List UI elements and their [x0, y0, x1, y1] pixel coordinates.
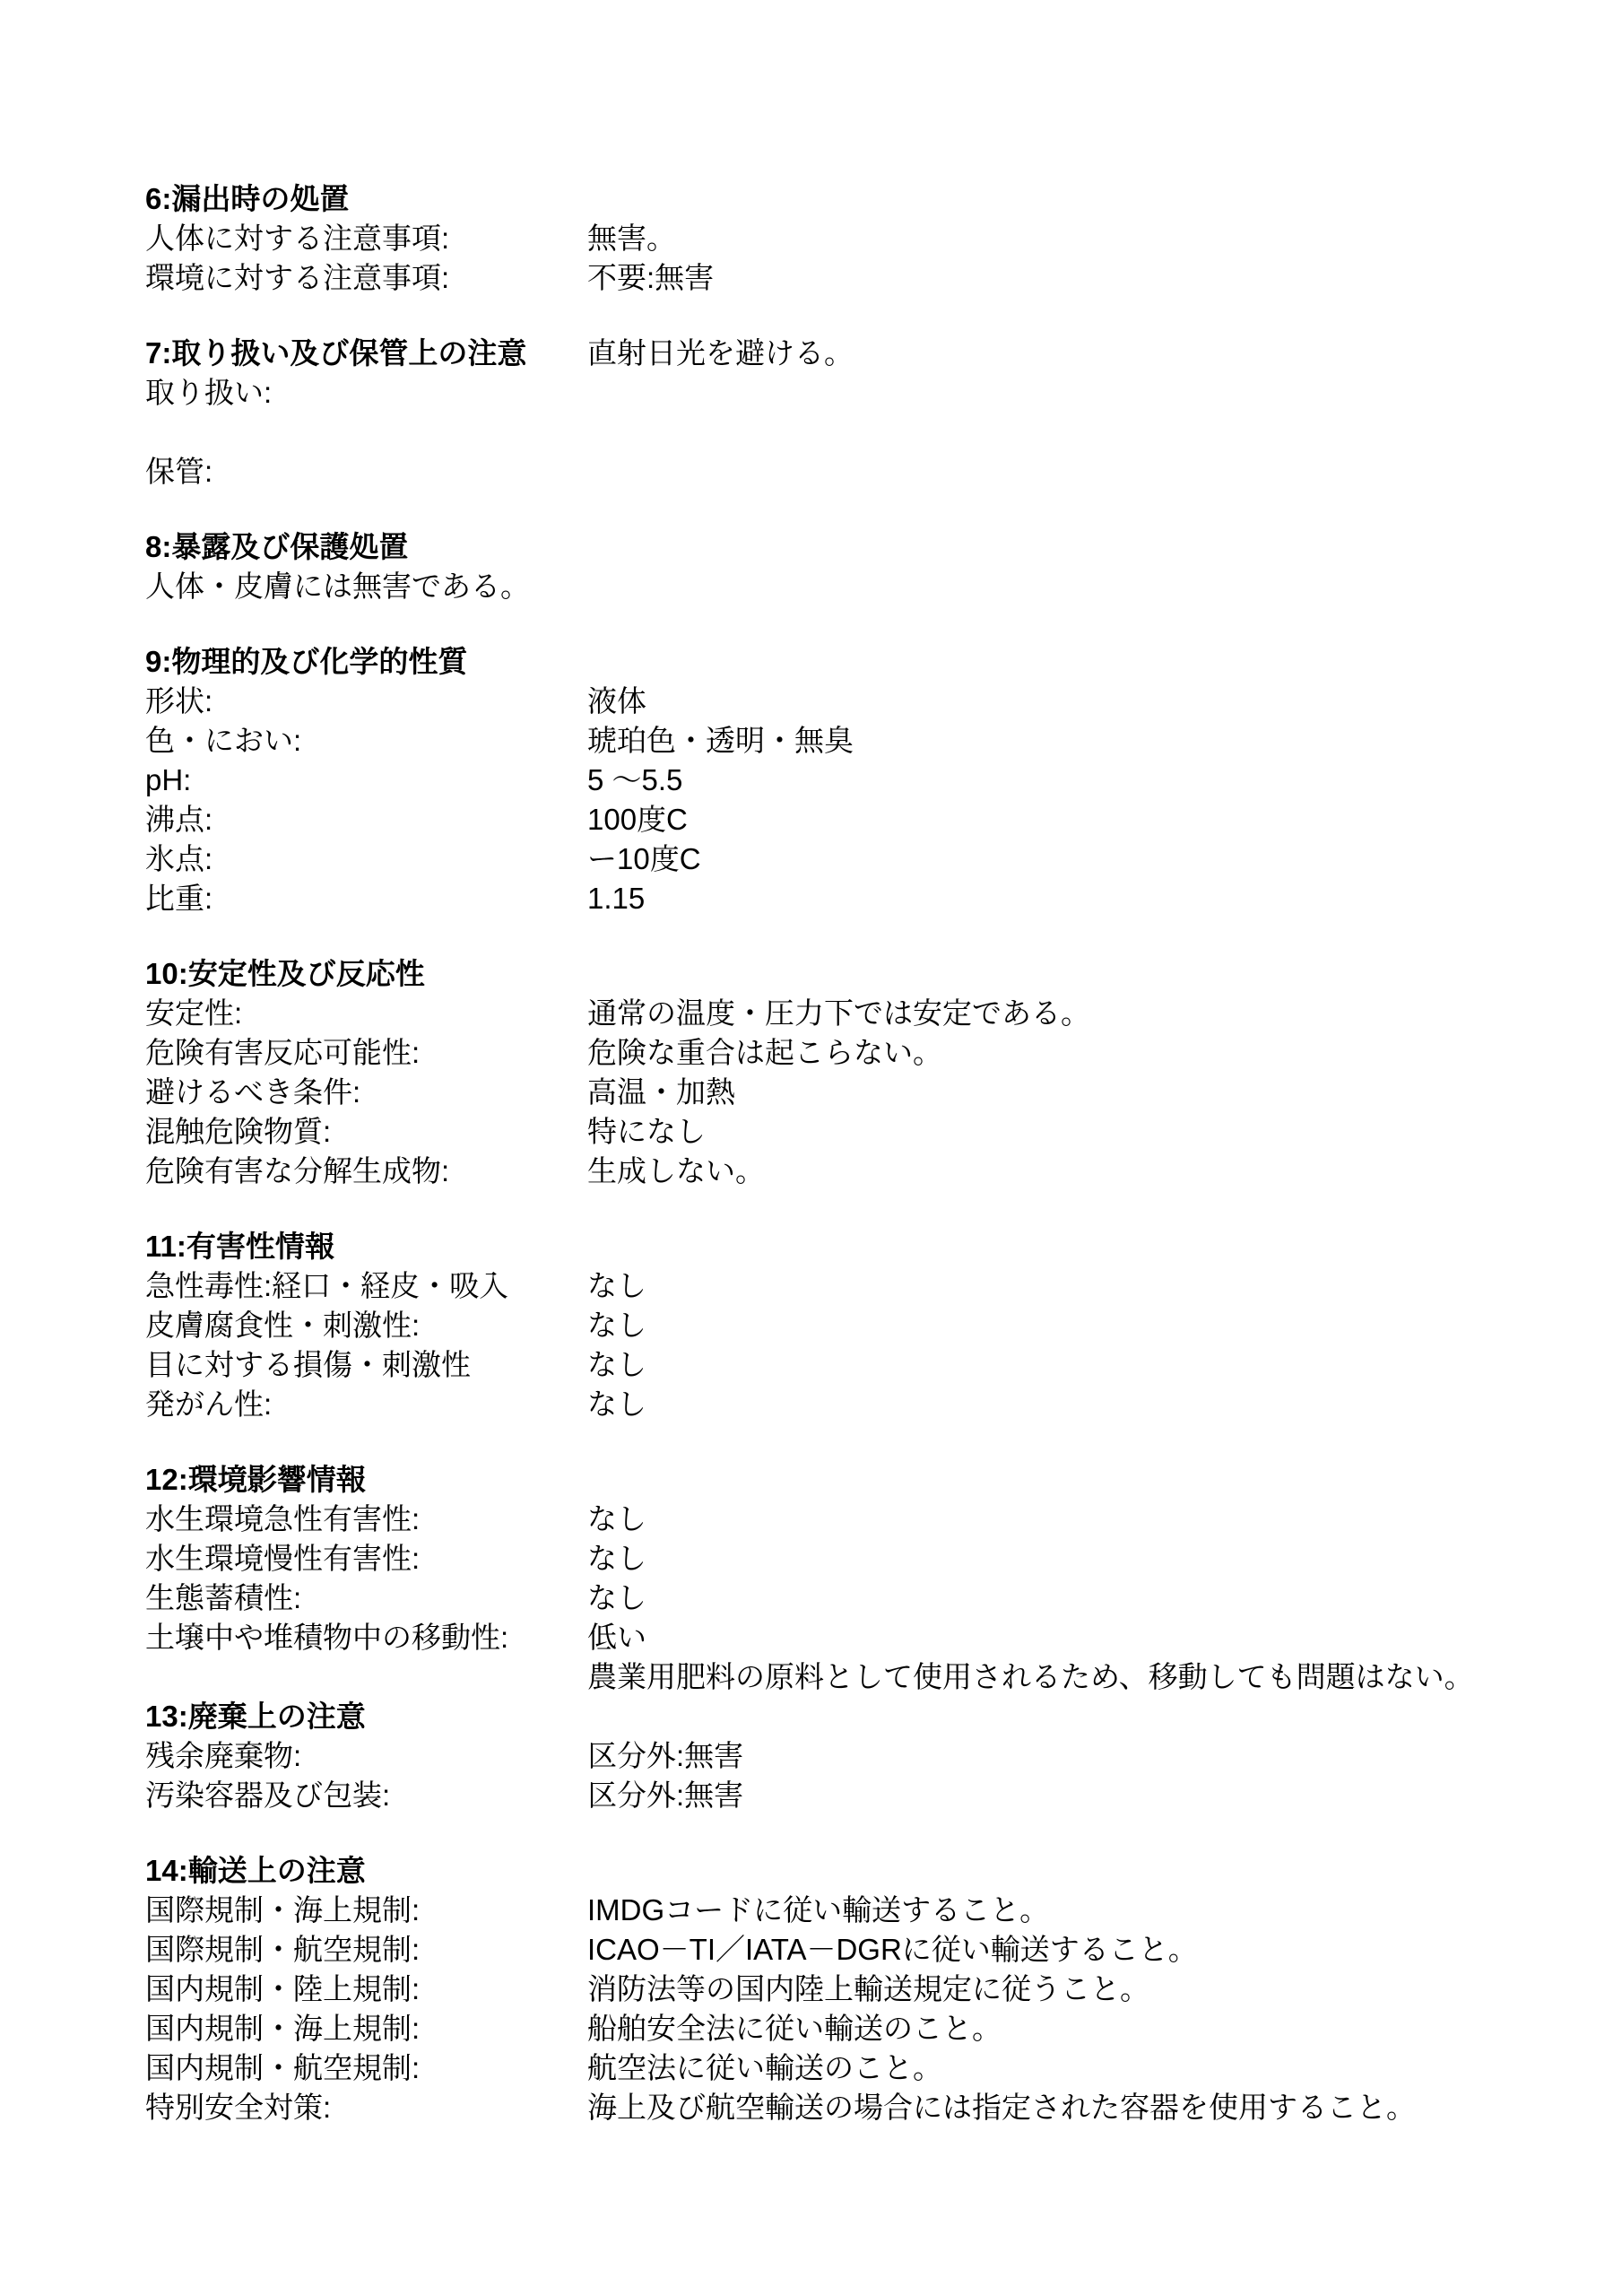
- field-value: なし: [587, 1306, 1586, 1345]
- section-header-row: 14:輸送上の注意: [145, 1851, 1586, 1891]
- field-row: 取り扱い:: [145, 373, 1586, 413]
- field-label: 国際規制・航空規制:: [145, 1930, 587, 1970]
- field-value: ICAO－TI／IATA－DGRに従い輸送すること。: [587, 1930, 1586, 1970]
- field-label: 危険有害な分解生成物:: [145, 1152, 587, 1191]
- field-row: 特別安全対策:海上及び航空輸送の場合には指定された容器を使用すること。: [145, 2088, 1586, 2127]
- field-row: 目に対する損傷・刺激性なし: [145, 1345, 1586, 1385]
- section-header-row: 13:廃棄上の注意: [145, 1697, 1586, 1736]
- section-13: 13:廃棄上の注意残余廃棄物:区分外:無害汚染容器及び包装:区分外:無害: [145, 1697, 1586, 1815]
- section-9: 9:物理的及び化学的性質形状:液体色・におい:琥珀色・透明・無臭pH:5 ～5.…: [145, 642, 1586, 918]
- field-label: 混触危険物質:: [145, 1112, 587, 1152]
- field-value: 通常の温度・圧力下では安定である。: [587, 994, 1586, 1033]
- field-label: 国内規制・航空規制:: [145, 2048, 587, 2088]
- field-row: 危険有害反応可能性:危険な重合は起こらない。: [145, 1033, 1586, 1073]
- field-label: 危険有害反応可能性:: [145, 1033, 587, 1073]
- section-header-row: 6:漏出時の処置: [145, 179, 1586, 219]
- section-8-title: 8:暴露及び保護処置: [145, 527, 587, 567]
- field-row: 水生環境急性有害性:なし: [145, 1500, 1586, 1539]
- section-header-row: 8:暴露及び保護処置: [145, 527, 1586, 567]
- field-row: 環境に対する注意事項:不要:無害: [145, 258, 1586, 298]
- field-row: 国内規制・海上規制:船舶安全法に従い輸送のこと。: [145, 2009, 1586, 2048]
- field-value: 危険な重合は起こらない。: [587, 1033, 1586, 1073]
- field-row: 国際規制・海上規制:IMDGコードに従い輸送すること。: [145, 1891, 1586, 1930]
- section-6-title: 6:漏出時の処置: [145, 179, 587, 219]
- field-label: 環境に対する注意事項:: [145, 258, 587, 298]
- field-label: 国内規制・海上規制:: [145, 2009, 587, 2048]
- field-label: 人体に対する注意事項:: [145, 219, 587, 258]
- document-body: 6:漏出時の処置人体に対する注意事項:無害。環境に対する注意事項:不要:無害7:…: [145, 179, 1586, 2127]
- field-row: 混触危険物質:特になし: [145, 1112, 1586, 1152]
- field-value: なし: [587, 1539, 1586, 1578]
- field-row: 国内規制・陸上規制:消防法等の国内陸上輸送規定に従うこと。: [145, 1970, 1586, 2009]
- field-row: 危険有害な分解生成物:生成しない。: [145, 1152, 1586, 1191]
- section-7-title-value: 直射日光を避ける。: [587, 334, 1586, 373]
- field-label: 急性毒性:経口・経皮・吸入: [145, 1266, 587, 1306]
- field-value: 特になし: [587, 1112, 1586, 1152]
- field-label: 皮膚腐食性・刺激性:: [145, 1306, 587, 1345]
- field-row: 生態蓄積性:なし: [145, 1578, 1586, 1618]
- field-value: 不要:無害: [587, 258, 1586, 298]
- section-9-title: 9:物理的及び化学的性質: [145, 642, 587, 682]
- field-row: 農業用肥料の原料として使用されるため、移動しても問題はない。: [145, 1657, 1586, 1697]
- field-value: 消防法等の国内陸上輸送規定に従うこと。: [587, 1970, 1586, 2009]
- field-row: pH:5 ～5.5: [145, 761, 1586, 800]
- field-value: 琥珀色・透明・無臭: [587, 721, 1586, 761]
- section-8: 8:暴露及び保護処置人体・皮膚には無害である。: [145, 527, 1586, 606]
- field-row: 比重:1.15: [145, 879, 1586, 918]
- field-label: 形状:: [145, 682, 587, 721]
- section-13-title: 13:廃棄上の注意: [145, 1697, 587, 1736]
- field-label: 汚染容器及び包装:: [145, 1776, 587, 1815]
- section-header-row: 12:環境影響情報: [145, 1460, 1586, 1500]
- field-value: 高温・加熱: [587, 1073, 1586, 1112]
- field-value: 農業用肥料の原料として使用されるため、移動しても問題はない。: [587, 1657, 1586, 1697]
- field-value: 航空法に従い輸送のこと。: [587, 2048, 1586, 2088]
- field-row: 水生環境慢性有害性:なし: [145, 1539, 1586, 1578]
- field-label: 目に対する損傷・刺激性: [145, 1345, 587, 1385]
- field-row: 安定性:通常の温度・圧力下では安定である。: [145, 994, 1586, 1033]
- field-value: 無害。: [587, 219, 1586, 258]
- field-row: 沸点:100度C: [145, 800, 1586, 839]
- section-7-title: 7:取り扱い及び保管上の注意: [145, 334, 587, 373]
- field-value: IMDGコードに従い輸送すること。: [587, 1891, 1586, 1930]
- section-12-title: 12:環境影響情報: [145, 1460, 587, 1500]
- field-label: 氷点:: [145, 839, 587, 879]
- field-label: 保管:: [145, 452, 587, 491]
- field-row: 色・におい:琥珀色・透明・無臭: [145, 721, 1586, 761]
- field-value: 液体: [587, 682, 1586, 721]
- section-11: 11:有害性情報急性毒性:経口・経皮・吸入なし皮膚腐食性・刺激性:なし目に対する…: [145, 1227, 1586, 1424]
- section-header-row: 10:安定性及び反応性: [145, 954, 1586, 994]
- field-label: pH:: [145, 761, 587, 800]
- field-label: 色・におい:: [145, 721, 587, 761]
- field-row: 皮膚腐食性・刺激性:なし: [145, 1306, 1586, 1345]
- field-value: なし: [587, 1578, 1586, 1618]
- field-row: 人体・皮膚には無害である。: [145, 567, 1586, 606]
- field-label: 生態蓄積性:: [145, 1578, 587, 1618]
- field-row: 人体に対する注意事項:無害。: [145, 219, 1586, 258]
- section-6: 6:漏出時の処置人体に対する注意事項:無害。環境に対する注意事項:不要:無害: [145, 179, 1586, 298]
- field-row: 土壌中や堆積物中の移動性:低い: [145, 1618, 1586, 1657]
- field-label: 避けるべき条件:: [145, 1073, 587, 1112]
- field-row: [145, 413, 1586, 452]
- field-value: なし: [587, 1345, 1586, 1385]
- field-value: なし: [587, 1266, 1586, 1306]
- field-value: 生成しない。: [587, 1152, 1586, 1191]
- section-12: 12:環境影響情報水生環境急性有害性:なし水生環境慢性有害性:なし生態蓄積性:な…: [145, 1460, 1586, 1697]
- section-11-title: 11:有害性情報: [145, 1227, 587, 1266]
- sds-document-page: 6:漏出時の処置人体に対する注意事項:無害。環境に対する注意事項:不要:無害7:…: [0, 0, 1622, 2296]
- field-label: 安定性:: [145, 994, 587, 1033]
- field-row: 国内規制・航空規制:航空法に従い輸送のこと。: [145, 2048, 1586, 2088]
- field-row: 形状:液体: [145, 682, 1586, 721]
- field-label: 特別安全対策:: [145, 2088, 587, 2127]
- field-label: 人体・皮膚には無害である。: [145, 567, 587, 606]
- field-value: 低い: [587, 1618, 1586, 1657]
- section-header-row: 11:有害性情報: [145, 1227, 1586, 1266]
- field-value: 区分外:無害: [587, 1776, 1586, 1815]
- field-value: 100度C: [587, 800, 1586, 839]
- field-value: 海上及び航空輸送の場合には指定された容器を使用すること。: [587, 2088, 1586, 2127]
- field-label: 取り扱い:: [145, 373, 587, 413]
- field-row: 発がん性:なし: [145, 1385, 1586, 1424]
- section-10-title: 10:安定性及び反応性: [145, 954, 587, 994]
- field-value: 区分外:無害: [587, 1736, 1586, 1776]
- field-value: ー10度C: [587, 839, 1586, 879]
- section-14: 14:輸送上の注意国際規制・海上規制:IMDGコードに従い輸送すること。国際規制…: [145, 1851, 1586, 2127]
- field-label: 国内規制・陸上規制:: [145, 1970, 587, 2009]
- field-label: 発がん性:: [145, 1385, 587, 1424]
- field-label: 沸点:: [145, 800, 587, 839]
- field-label: 土壌中や堆積物中の移動性:: [145, 1618, 587, 1657]
- section-header-row: 9:物理的及び化学的性質: [145, 642, 1586, 682]
- section-7: 7:取り扱い及び保管上の注意直射日光を避ける。取り扱い:保管:: [145, 334, 1586, 491]
- field-label: 残余廃棄物:: [145, 1736, 587, 1776]
- section-header-row: 7:取り扱い及び保管上の注意直射日光を避ける。: [145, 334, 1586, 373]
- field-row: 保管:: [145, 452, 1586, 491]
- field-label: 国際規制・海上規制:: [145, 1891, 587, 1930]
- field-value: なし: [587, 1385, 1586, 1424]
- field-label: 水生環境慢性有害性:: [145, 1539, 587, 1578]
- field-row: 国際規制・航空規制:ICAO－TI／IATA－DGRに従い輸送すること。: [145, 1930, 1586, 1970]
- field-row: 残余廃棄物:区分外:無害: [145, 1736, 1586, 1776]
- field-value: 船舶安全法に従い輸送のこと。: [587, 2009, 1586, 2048]
- field-label: 水生環境急性有害性:: [145, 1500, 587, 1539]
- field-value: 5 ～5.5: [587, 761, 1586, 800]
- field-row: 氷点:ー10度C: [145, 839, 1586, 879]
- field-row: 避けるべき条件:高温・加熱: [145, 1073, 1586, 1112]
- section-14-title: 14:輸送上の注意: [145, 1851, 587, 1891]
- field-value: 1.15: [587, 879, 1586, 918]
- field-value: なし: [587, 1500, 1586, 1539]
- field-row: 汚染容器及び包装:区分外:無害: [145, 1776, 1586, 1815]
- field-label: 比重:: [145, 879, 587, 918]
- field-row: 急性毒性:経口・経皮・吸入なし: [145, 1266, 1586, 1306]
- section-10: 10:安定性及び反応性安定性:通常の温度・圧力下では安定である。危険有害反応可能…: [145, 954, 1586, 1191]
